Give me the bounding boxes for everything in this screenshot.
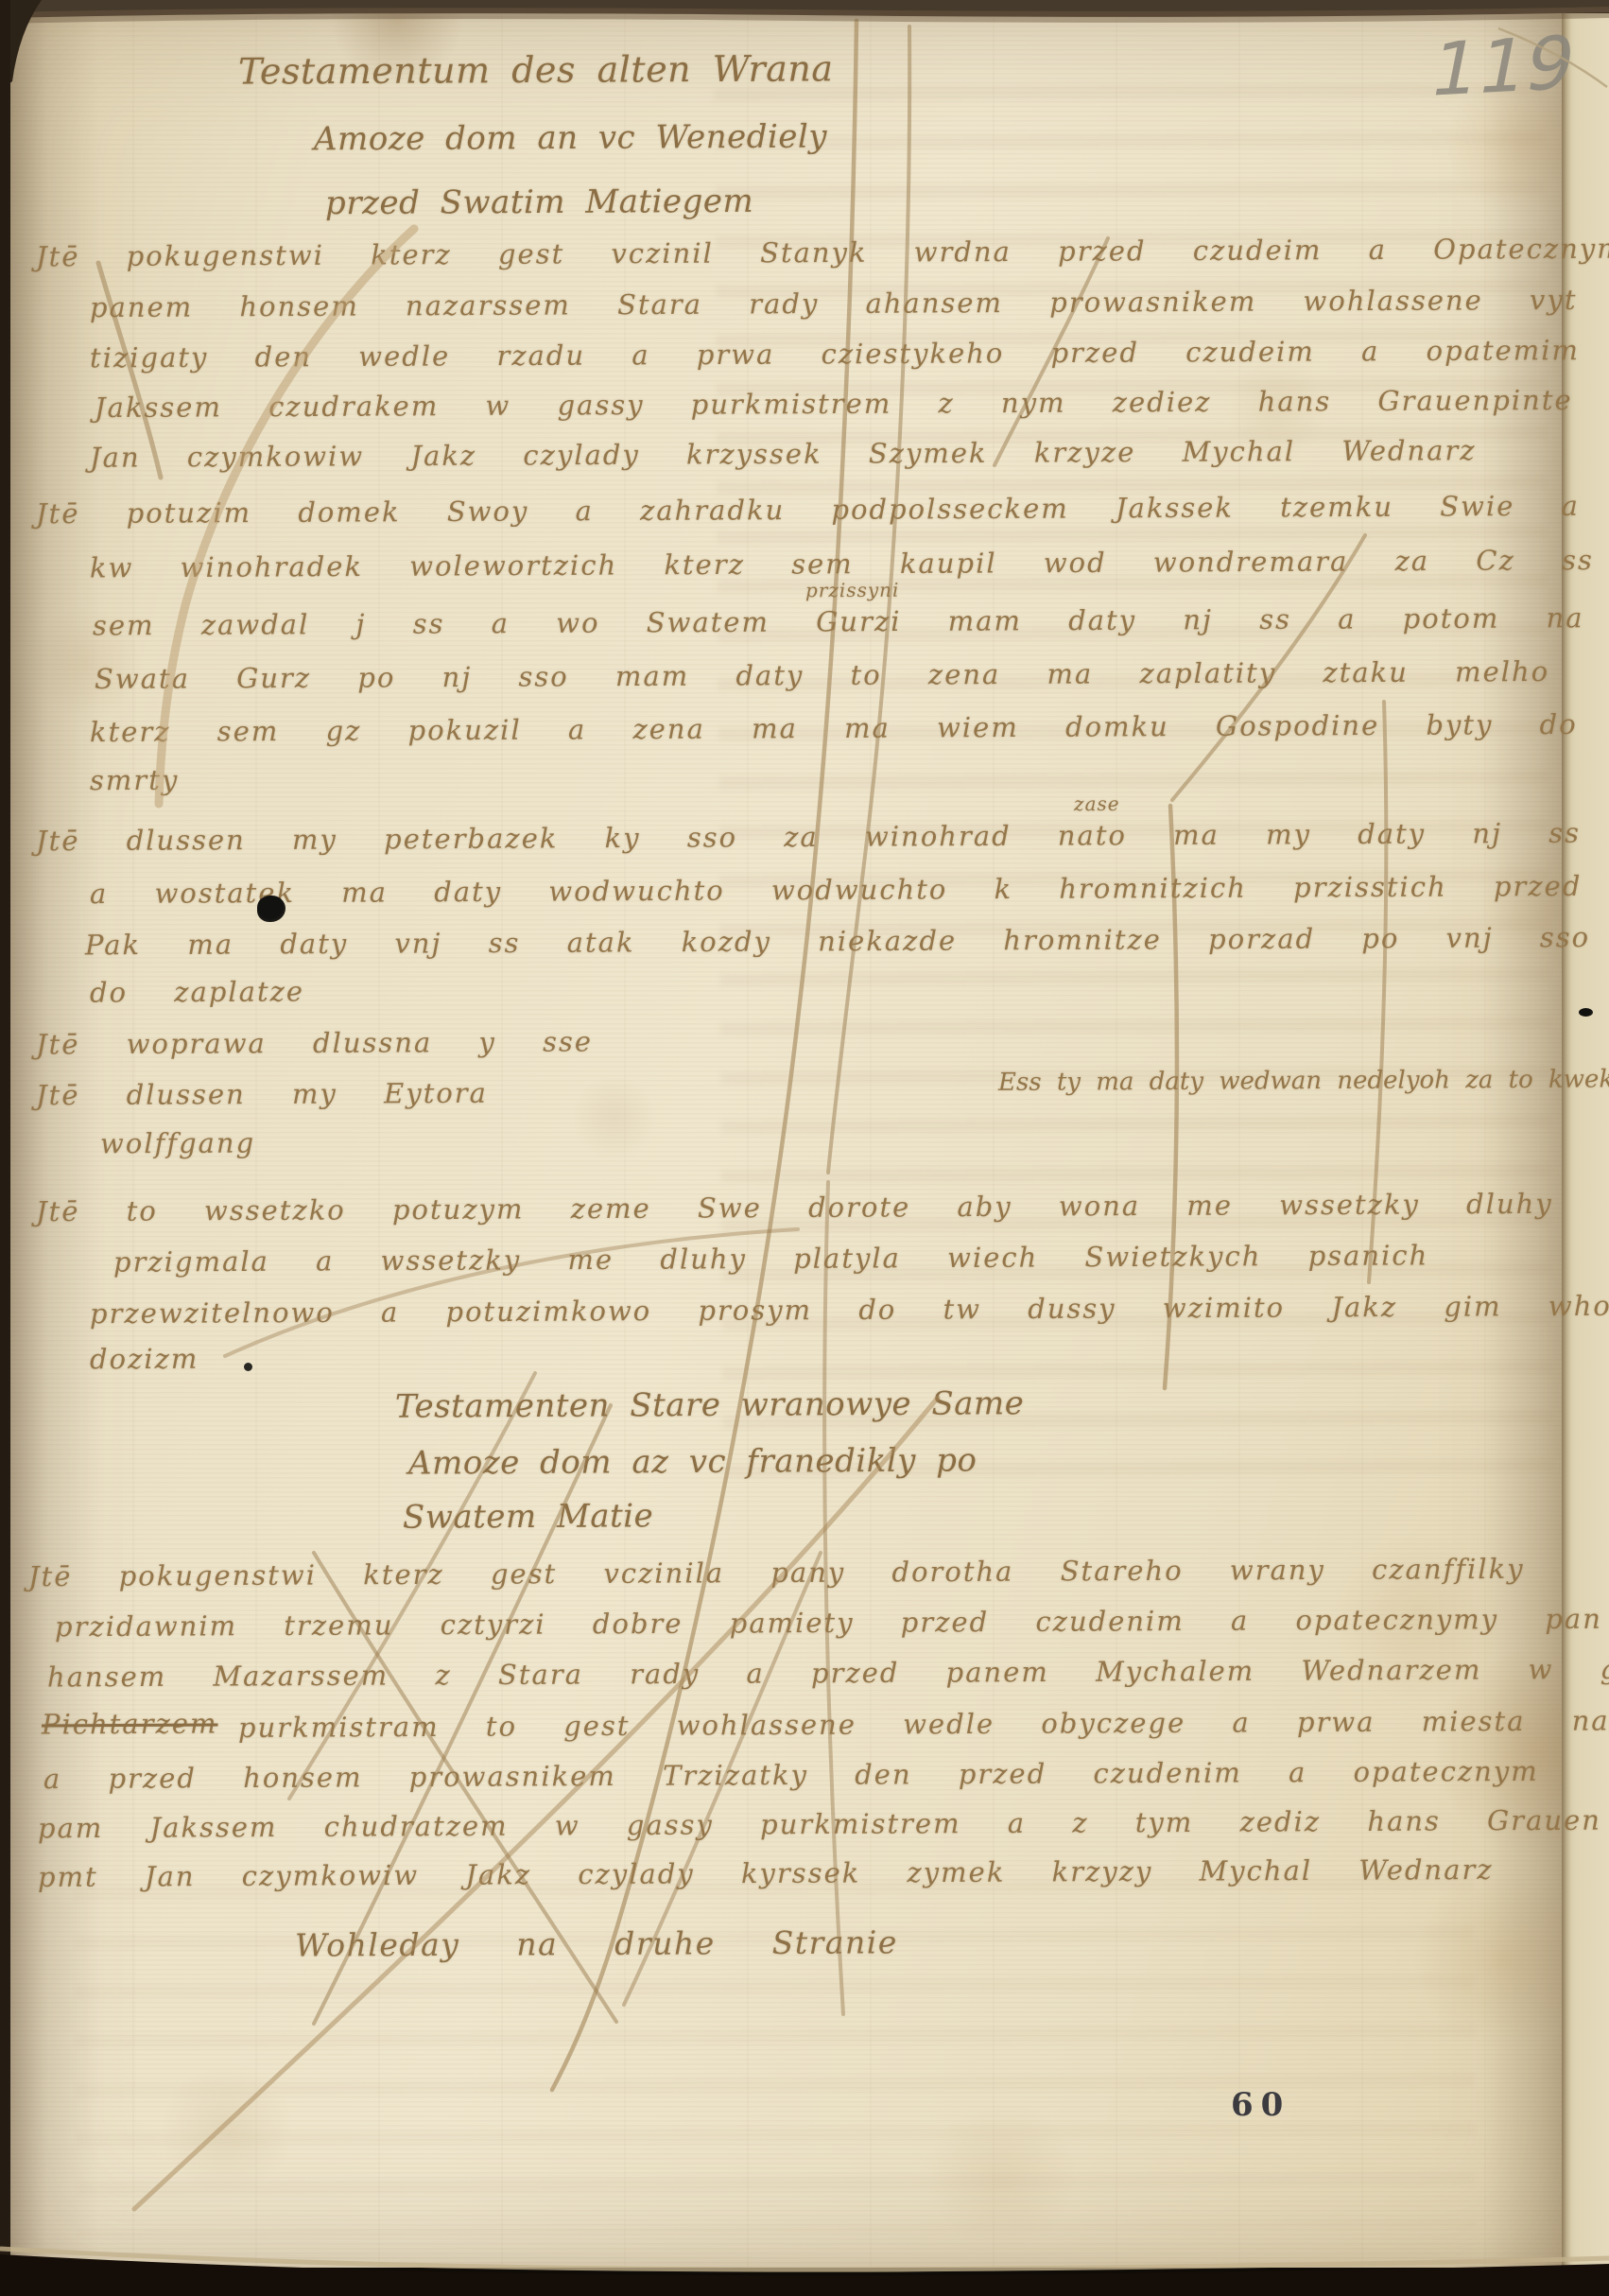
heading-line: Amoze dom az vc franedikly po [408, 1441, 978, 1483]
heading-line: Testamenten Stare wranowye Same [395, 1384, 1025, 1426]
folio-number: 119 [1423, 21, 1582, 113]
ink-speck [1579, 1008, 1593, 1017]
struck-word: Pichtarzem [42, 1708, 218, 1742]
text-line: do zaplatze [90, 975, 304, 1009]
heading-line: Swatem Matie [403, 1497, 653, 1537]
text-line: Jtē dlussen my Eytora [36, 1077, 488, 1112]
closing-note: Wohleday na druhe Stranie [295, 1923, 898, 1964]
manuscript-scan: 119 60 Testamentum des alten Wrana Amoze… [0, 0, 1609, 2296]
ink-speck [244, 1363, 252, 1371]
heading-line: Testamentum des alten Wrana [238, 47, 834, 94]
text-line: przigmala a wssetzky me dluhy platyla wi… [113, 1239, 1428, 1278]
heading-line: Amoze dom an vc Wenediely [314, 118, 827, 160]
text-line: Jtē woprawa dlussna y sse [36, 1025, 593, 1061]
text-line: dozizm [90, 1343, 199, 1376]
heading-line: przed Swatim Matiegem [325, 183, 753, 223]
text-line: wolffgang [100, 1127, 255, 1161]
text-line: smrty [90, 764, 179, 797]
interlinear-word: przissyni [805, 579, 900, 602]
interlinear-word: zase [1074, 792, 1120, 815]
archive-stamp: 60 [1231, 2086, 1290, 2124]
text-line: Ess ty ma daty wedwan nedelyoh za to kwe… [998, 1065, 1609, 1098]
